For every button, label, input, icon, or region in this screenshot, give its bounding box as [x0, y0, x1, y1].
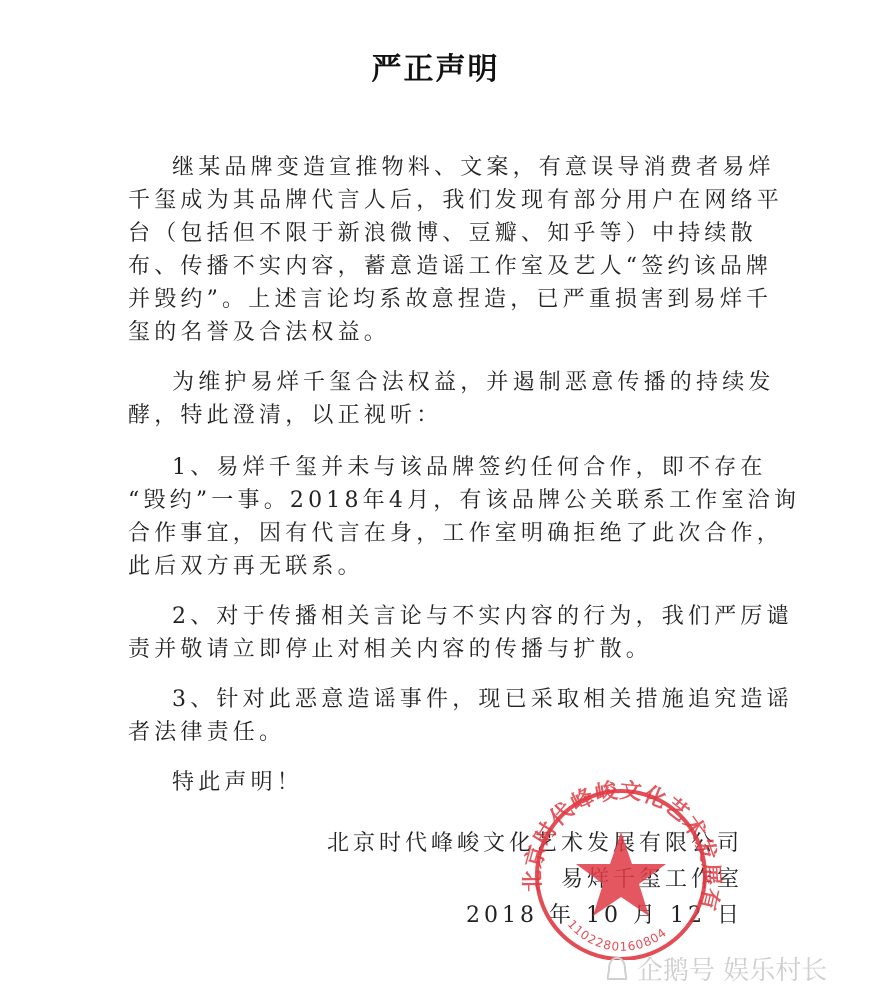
paragraph-3-line-2: “毁约”一事。2018年4月，有该品牌公关联系工作室洽询: [128, 483, 800, 514]
official-seal-icon: 北京时代峰峻文化艺术发展有限公司 1102280160804: [512, 780, 730, 960]
document-title: 严正声明: [0, 44, 871, 88]
paragraph-4-line-1: 2、对于传播相关言论与不实内容的行为，我们严厉谴: [172, 599, 793, 630]
paragraph-2-line-2: 酵，特此澄清，以正视听：: [128, 398, 442, 429]
paragraph-1-line-4: 布、传播不实内容，蓄意造谣工作室及艺人“签约该品牌: [128, 249, 772, 280]
paragraph-1-line-6: 玺的名誉及合法权益。: [128, 315, 390, 346]
paragraph-3-line-1: 1、易烊千玺并未与该品牌签约任何合作，即不存在: [172, 450, 767, 481]
paragraph-1-line-2: 千玺成为其品牌代言人后，我们发现有部分用户在网络平: [128, 183, 783, 214]
paragraph-3-line-3: 合作事宜，因有代言在身，工作室明确拒绝了此次合作，: [128, 516, 783, 547]
paragraph-1-line-5: 并毁约”。上述言论均系故意捏造，已严重损害到易烊千: [128, 282, 772, 313]
paragraph-5-line-2: 者法律责任。: [128, 715, 285, 746]
watermark-text: 企鹅号 娱乐村长: [637, 950, 827, 987]
paragraph-5-line-1: 3、针对此恶意造谣事件，现已采取相关措施追究造谣: [172, 682, 793, 713]
paragraph-2-line-1: 为维护易烊千玺合法权益，并遏制恶意传播的持续发: [172, 365, 775, 396]
closing-line: 特此声明！: [172, 765, 303, 796]
paragraph-1-line-3: 台（包括但不限于新浪微博、豆瓣、知乎等）中持续散: [128, 216, 757, 247]
penguin-icon: [605, 956, 629, 982]
paragraph-4-line-2: 责并敬请立即停止对相关内容的传播与扩散。: [128, 632, 652, 663]
paragraph-1-line-1: 继某品牌变造宣推物料、文案，有意误导消费者易烊: [172, 150, 775, 181]
watermark: 企鹅号 娱乐村长: [605, 950, 827, 987]
paragraph-3-line-4: 此后双方再无联系。: [128, 549, 364, 580]
